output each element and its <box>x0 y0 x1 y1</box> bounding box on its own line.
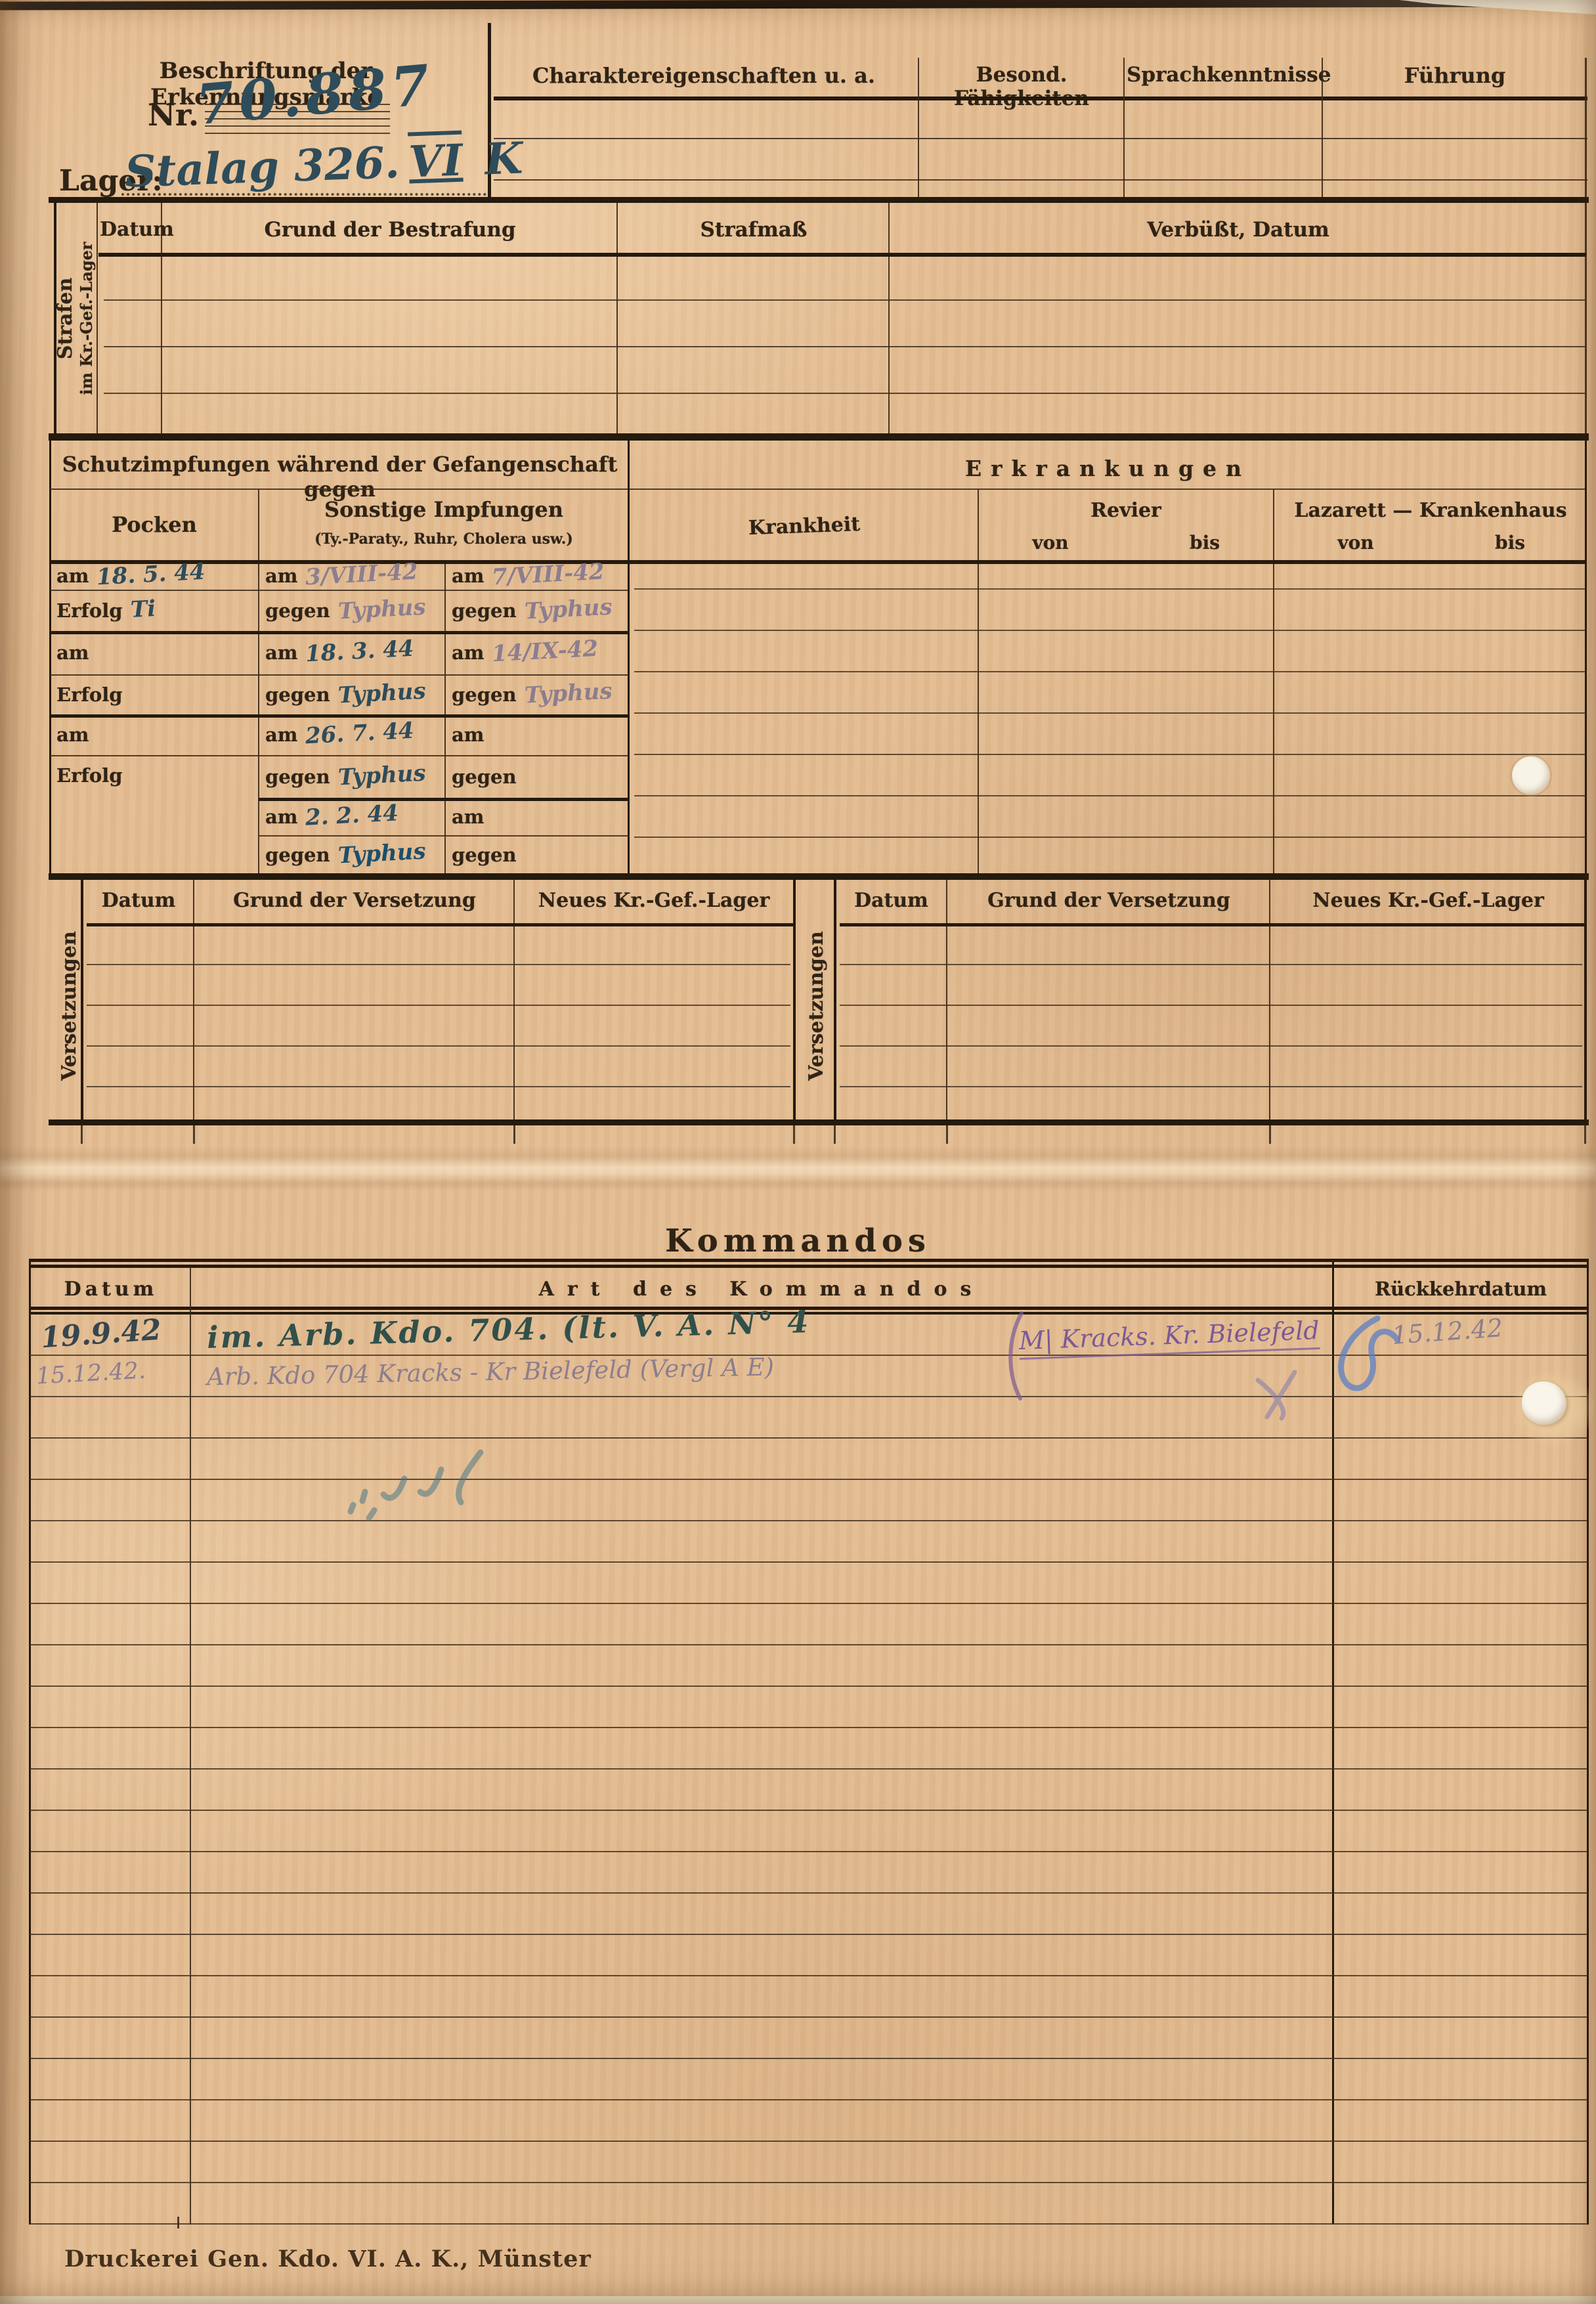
sonstige-a-gegen4: Typhus <box>337 838 426 869</box>
traits-row-line <box>494 179 1587 181</box>
am-label: am <box>56 565 89 587</box>
blue-crayon-mark <box>1341 1318 1397 1388</box>
punishments-bottom-border <box>49 433 1589 441</box>
traits-divider <box>1123 58 1125 198</box>
punishments-side-label: Strafen im Kr.-Gef.-Lager <box>49 200 101 437</box>
line-stub <box>193 1125 195 1144</box>
sonstige-subheader: (Ty.-Paraty., Ruhr, Cholera usw.) <box>261 531 626 548</box>
sonstige-b-gegen1: Typhus <box>523 594 613 624</box>
sonstige-row: gegen <box>452 755 625 798</box>
illnesses-col-revier: Revier <box>981 499 1271 522</box>
traits-right-edge <box>1585 58 1587 198</box>
blue-pencil-mark <box>1258 1372 1295 1418</box>
sonstige-row: gegen <box>452 835 625 875</box>
sonstige-a-am1: 3/VIII-42 <box>305 558 418 590</box>
sonstige-row: am <box>452 714 625 755</box>
section-middle-divider <box>628 441 630 875</box>
transfers-side-label-middle: Versetzungen <box>802 907 830 1104</box>
am-label: am <box>452 641 484 664</box>
traits-divider <box>1322 58 1323 198</box>
sonstige-row: am18. 3. 44 <box>265 631 442 674</box>
punishments-right-edge <box>1585 203 1587 434</box>
illnesses-col-krankheit: Krankheit <box>634 509 976 544</box>
sonstige-a-am3: 26. 7. 44 <box>305 718 415 750</box>
sonstige-row: gegenTyphus <box>265 755 442 798</box>
hole-punch <box>1522 1381 1566 1425</box>
scan-top-edge <box>0 0 1596 11</box>
pocken-row: am18. 5. 44 <box>56 561 255 590</box>
transfers-col-neues: Neues Kr.-Gef.-Lager <box>1272 889 1585 912</box>
punishments-col-verbuesst: Verbüßt, Datum <box>892 218 1585 242</box>
pocken-row: am <box>56 714 255 755</box>
lager-suffix: K <box>484 132 523 185</box>
traits-col-charakter: Charaktereigenschaften u. a. <box>492 63 916 88</box>
vaccinations-title-rule <box>49 489 628 490</box>
traits-divider <box>918 58 919 198</box>
hole-punch <box>1512 756 1550 794</box>
transfers-side-label-text: Versetzungen <box>805 931 828 1081</box>
paper-fold-crease <box>0 1146 1596 1191</box>
illnesses-col-lazarett: Lazarett — Krankenhaus <box>1276 499 1585 522</box>
pocken-row: am <box>56 631 255 674</box>
gegen-label: gegen <box>265 684 330 706</box>
gegen-label: gegen <box>265 599 330 622</box>
line-stub <box>513 1125 515 1144</box>
traits-row-line <box>494 138 1587 139</box>
am-label: am <box>56 641 89 664</box>
sonstige-row: gegenTyphus <box>452 590 625 631</box>
transfers-left-table-edge <box>81 880 83 1123</box>
line-stub <box>1269 1125 1271 1144</box>
pocken-column: am18. 5. 44 ErfolgTi am Erfolg am Erfolg <box>50 561 258 875</box>
pocken-erfolg1-value: Ti <box>129 596 156 623</box>
sonstige-row: gegenTyphus <box>265 835 442 875</box>
erfolg-label: Erfolg <box>56 599 123 622</box>
illnesses-empty-rows <box>634 548 1585 847</box>
sonstige-header: Sonstige Impfungen <box>261 497 626 522</box>
transfers-col-neues: Neues Kr.-Gef.-Lager <box>516 889 792 912</box>
transfers-side-label-left: Versetzungen <box>54 907 83 1104</box>
pow-record-card: Beschriftung der Erkennungsmarke Nr. 70.… <box>0 0 1596 2304</box>
sonstige-row: gegenTyphus <box>265 674 442 714</box>
gegen-label: gegen <box>452 766 517 788</box>
transfers-col-grund: Grund der Versetzung <box>949 889 1269 912</box>
nr-label: Nr. <box>148 97 199 133</box>
sonstige-b-am1: 7/VIII-42 <box>491 558 605 590</box>
pocken-row: ErfolgTi <box>56 590 255 631</box>
sonstige-column-b: am7/VIII-42 gegenTyphus am14/IX-42 gegen… <box>445 561 628 875</box>
am-label: am <box>265 724 297 746</box>
lager-camp: Stalag 326. <box>124 137 400 198</box>
punishments-top-border <box>49 197 1589 203</box>
scan-bottom-edge <box>0 2296 1596 2304</box>
kommandos-col-datum: Datum <box>33 1278 189 1301</box>
punishments-col-strafmass: Strafmaß <box>620 218 888 242</box>
punishments-empty-rows <box>104 254 1585 395</box>
vaccinations-title: Schutzimpfungen während der Gefangenscha… <box>56 452 624 502</box>
gegen-label: gegen <box>265 844 330 866</box>
scan-top-right-sliver <box>1399 0 1596 14</box>
pocken-row: Erfolg <box>56 674 255 714</box>
am-label: am <box>56 724 89 746</box>
am-label: am <box>452 724 484 746</box>
sonstige-row: am3/VIII-42 <box>265 561 442 590</box>
punishments-side-label-line2: im Kr.-Gef.-Lager <box>77 242 96 395</box>
transfers-col-datum: Datum <box>84 889 193 912</box>
sonstige-b-am2: 14/IX-42 <box>491 636 599 667</box>
line-stub <box>834 1125 836 1144</box>
sonstige-row: am2. 2. 44 <box>265 798 442 835</box>
traits-col-fuehrung: Führung <box>1325 63 1585 88</box>
line-stub <box>81 1125 83 1144</box>
lager-handwritten-value: Stalag 326.VIK <box>124 132 523 197</box>
gegen-label: gegen <box>452 599 517 622</box>
sonstige-column-a: am3/VIII-42 gegenTyphus am18. 3. 44 gege… <box>259 561 444 875</box>
kommandos-top-rule <box>30 1265 1589 1268</box>
transfers-col-grund: Grund der Versetzung <box>196 889 513 912</box>
line-stub <box>1584 1125 1586 1144</box>
pocken-row: Erfolg <box>56 755 255 884</box>
line-stub <box>177 2217 179 2228</box>
sonstige-row: gegenTyphus <box>265 590 442 631</box>
transfers-right-table-edge <box>834 880 836 1123</box>
sonstige-b-gegen2: Typhus <box>523 678 613 708</box>
gegen-label: gegen <box>452 684 517 706</box>
line-stub <box>946 1125 948 1144</box>
erfolg-label: Erfolg <box>56 684 123 706</box>
punishments-col-grund: Grund der Bestrafung <box>164 218 616 242</box>
lager-roman-numeral: VI <box>408 135 464 188</box>
kommandos-top-rule <box>30 1259 1589 1262</box>
sonstige-a-am4: 2. 2. 44 <box>305 800 399 831</box>
erfolg-label: Erfolg <box>56 764 123 787</box>
transfers-empty-rows <box>87 924 790 1090</box>
line-stub <box>793 1125 795 1144</box>
pocken-am1-value: 18. 5. 44 <box>96 558 206 590</box>
illnesses-title: Erkrankungen <box>630 456 1585 481</box>
traits-header-rule <box>494 97 1587 100</box>
sonstige-row: am26. 7. 44 <box>265 714 442 755</box>
transfers-col-datum: Datum <box>836 889 946 912</box>
sonstige-a-gegen1: Typhus <box>337 594 426 624</box>
transfers-left-table-edge <box>793 880 796 1123</box>
kommandos-col-art: Art des Kommandos <box>194 1278 1329 1301</box>
sonstige-row: am14/IX-42 <box>452 631 625 674</box>
gegen-label: gegen <box>452 844 517 866</box>
punishments-col-datum: Datum <box>100 218 160 241</box>
am-label: am <box>265 641 297 664</box>
transfers-right-table-edge <box>1584 880 1587 1123</box>
sonstige-a-gegen2: Typhus <box>337 678 426 708</box>
sonstige-row: am7/VIII-42 <box>452 561 625 590</box>
traits-col-faehigkeiten: Besond. Fähigkeiten <box>921 63 1122 110</box>
am-label: am <box>452 565 484 587</box>
transfers-empty-rows <box>840 924 1582 1090</box>
punishments-side-label-line1: Strafen <box>54 278 77 360</box>
kommandos-title: Kommandos <box>0 1223 1596 1259</box>
sonstige-row: am <box>452 798 625 835</box>
printer-imprint: Druckerei Gen. Kdo. VI. A. K., Münster <box>64 2246 592 2272</box>
transfers-bottom-border <box>49 1119 1589 1125</box>
sonstige-a-am2: 18. 3. 44 <box>305 636 415 668</box>
sonstige-row: gegenTyphus <box>452 674 625 714</box>
transfers-side-label-text: Versetzungen <box>58 931 81 1081</box>
am-label: am <box>265 565 297 587</box>
am-label: am <box>265 806 297 828</box>
am-label: am <box>452 806 484 828</box>
sonstige-a-gegen3: Typhus <box>337 760 426 791</box>
ink-smudge <box>351 1452 481 1518</box>
kommandos-col-rueckkehr: Rückkehrdatum <box>1336 1278 1585 1300</box>
pocken-header: Pocken <box>53 512 256 537</box>
illnesses-title-rule <box>629 489 1587 490</box>
traits-col-sprachen: Sprachkenntnisse <box>1127 63 1320 87</box>
gegen-label: gegen <box>265 766 330 788</box>
